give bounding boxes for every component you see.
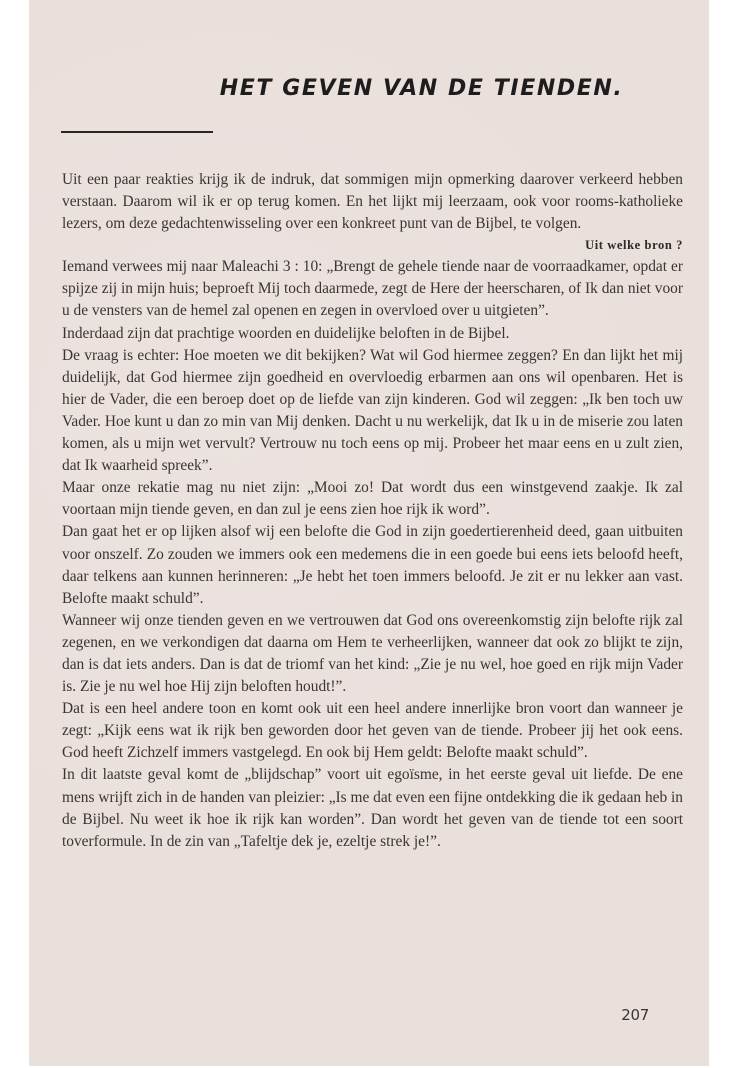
paragraph: Inderdaad zijn dat prachtige woorden en … [62,323,683,345]
paragraph: In dit laatste geval komt de „blijdschap… [62,764,683,852]
paragraph: Wanneer wij onze tienden geven en we ver… [62,610,683,698]
title-underline-divider [61,131,213,133]
book-page: HET GEVEN VAN DE TIENDEN. Uit een paar r… [29,0,709,1066]
paragraph-intro: Uit een paar reakties krijg ik de indruk… [62,169,683,235]
paragraph: Iemand verwees mij naar Maleachi 3 : 10:… [62,256,683,322]
paragraph: Dan gaat het er op lijken alsof wij een … [62,521,683,609]
page-number: 207 [621,1006,649,1024]
paragraph: Maar onze rekatie mag nu niet zijn: „Moo… [62,477,683,521]
paragraph: Dat is een heel andere toon en komt ook … [62,698,683,764]
paragraph: De vraag is echter: Hoe moeten we dit be… [62,345,683,478]
section-subheading: Uit welke bron ? [62,235,683,256]
article-body: Uit een paar reakties krijg ik de indruk… [62,169,683,853]
page-title: HET GEVEN VAN DE TIENDEN. [29,76,709,101]
